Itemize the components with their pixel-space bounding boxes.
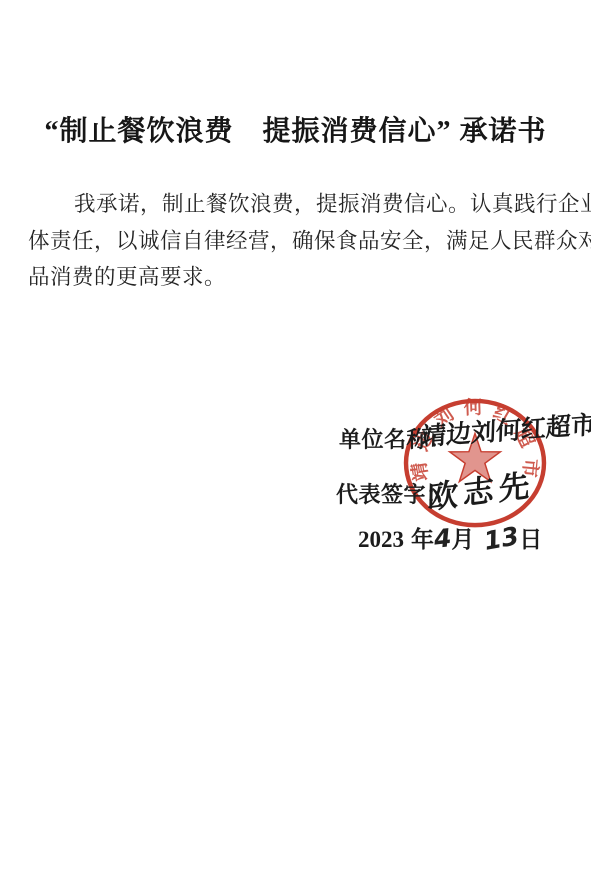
date-day-unit: 日 [519,527,542,552]
date-month-unit: 月 [451,527,474,552]
document-page: “制止餐饮浪费 提振消费信心” 承诺书 我承诺，制止餐饮浪费，提振消费信心。认真… [0,0,591,886]
date-month-handwritten: 4 [433,523,453,554]
date-year-unit: 年 [411,527,434,552]
date-line: 2023年4月13日 [358,521,542,554]
commitment-paragraph: 我承诺，制止餐饮浪费，提振消费信心。认真践行企业主 体责任，以诚信自律经营，确保… [28,186,588,296]
paragraph-line-2: 体责任，以诚信自律经营，确保食品安全，满足人民群众对食 [28,223,588,260]
paragraph-line-3: 品消费的更高要求。 [28,259,588,296]
date-day-handwritten: 13 [482,521,521,556]
paragraph-line-1: 我承诺，制止餐饮浪费，提振消费信心。认真践行企业主 [28,186,588,223]
date-year: 2023 [358,527,404,552]
document-title: “制止餐饮浪费 提振消费信心” 承诺书 [0,109,591,149]
